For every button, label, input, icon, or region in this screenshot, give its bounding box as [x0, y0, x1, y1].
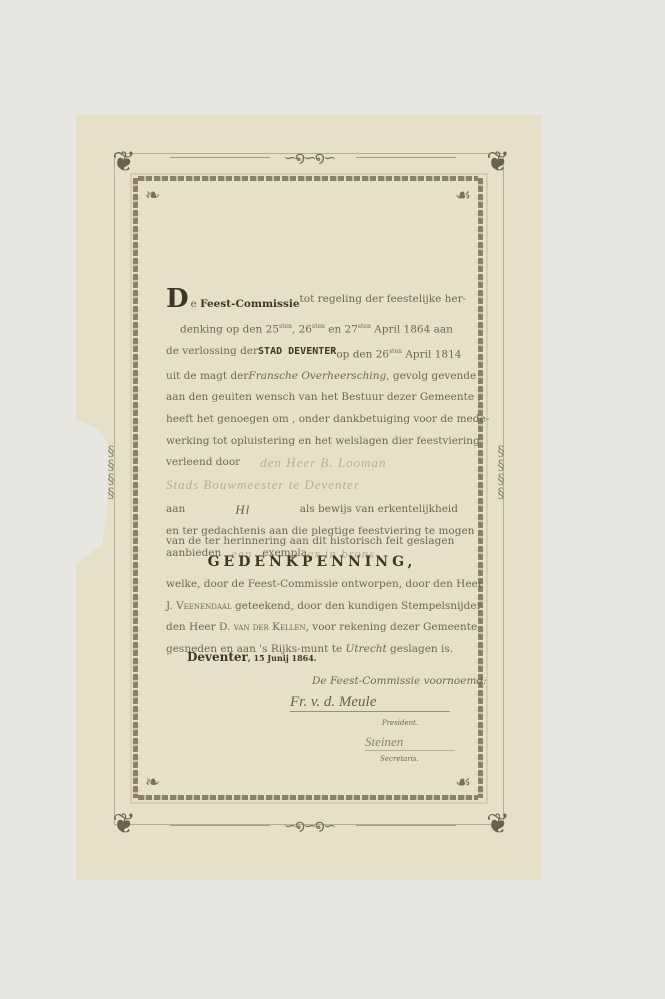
text-fragment: heeft het genoegen om , onder dankbetuig… — [166, 409, 489, 431]
handwritten-pronoun: Hl — [235, 499, 250, 521]
text-line: heeft het genoegen om , onder dankbetuig… — [166, 409, 458, 431]
gedenkpenning-title: GEDENKPENNING, — [166, 554, 458, 570]
dateline: Deventer, 15 Junij 1864. — [187, 650, 317, 664]
text-fragment: , gevolg gevende — [386, 366, 476, 388]
veenendaal-name: Veenendaal — [176, 600, 232, 612]
text-fragment: den Heer D. — [166, 621, 234, 633]
role-secretary: Secretaris. — [380, 755, 419, 763]
text-line: Stads Bouwmeester te Deventer — [166, 474, 458, 496]
vertical-scroll-icon: §§§§ — [104, 445, 118, 501]
superscript: sten — [279, 323, 292, 330]
text-line: den Heer D. van der Kellen, voor rekenin… — [166, 617, 458, 639]
paragraph-1: De Feest-Commissie tot regeling der fees… — [166, 289, 458, 564]
top-rule-left — [170, 157, 270, 158]
inner-corner-flourish-icon: ❧ — [145, 185, 160, 206]
text-line: aan Hl als bewijs van erkentelijkheid — [166, 499, 458, 521]
paragraph-2-body: welke, door de Feest-Commissie ontworpen… — [166, 574, 458, 660]
floral-corner-icon: ❦ — [104, 804, 144, 844]
text-line: welke, door de Feest-Commissie ontworpen… — [166, 574, 458, 596]
inner-corner-flourish-icon: ☙ — [455, 185, 471, 206]
chain-border-bottom — [138, 795, 478, 800]
superscript: sten — [358, 323, 371, 330]
chain-border-right — [478, 178, 483, 798]
text-fragment: de verlossing der — [166, 341, 258, 366]
dateline-place: Deventer — [187, 650, 248, 664]
signature-president: Fr. v. d. Meule — [290, 694, 450, 712]
text-fragment: als bewijs van erkentelijkheid — [300, 499, 458, 521]
text-fragment: denking op den 25 — [180, 323, 279, 335]
inner-corner-flourish-icon: ❧ — [145, 772, 160, 793]
text-line: verleend door den Heer B. Looman — [166, 452, 458, 474]
top-rule-right — [356, 157, 456, 158]
bottom-rule-right — [356, 825, 456, 826]
superscript: sten — [312, 323, 325, 330]
text-fragment: , 26 — [292, 323, 312, 335]
handwritten-recipient-title: Stads Bouwmeester te Deventer — [166, 474, 360, 496]
text-line: werking tot opluistering en het welslage… — [166, 431, 458, 453]
handwritten-recipient: den Heer B. Looman — [260, 452, 386, 474]
text-fragment: uit de magt der — [166, 366, 248, 388]
stad-deventer: STAD DEVENTER — [258, 341, 336, 366]
chain-border-top — [138, 176, 478, 181]
paragraph-2: van de ter herinnering aan dit historisc… — [166, 531, 458, 553]
text-fragment: van de ter herinnering aan dit historisc… — [166, 531, 454, 553]
scroll-flourish-icon: ∽໑∽໑∽ — [264, 817, 354, 835]
text-line: J. Veenendaal geteekend, door den kundig… — [166, 596, 458, 618]
dateline-date: , 15 Junij 1864. — [248, 653, 317, 663]
verleend-label: verleend door — [166, 452, 240, 474]
text-fragment: tot regeling der feestelijke her- — [300, 289, 467, 316]
text-fragment: en 27 — [325, 323, 358, 335]
aan-label: aan — [166, 499, 185, 521]
text-fragment: e — [191, 298, 197, 310]
text-line: de verlossing der STAD DEVENTER op den 2… — [166, 341, 458, 366]
text-fragment: werking tot opluistering en het welslage… — [166, 431, 480, 453]
van-der-kellen-name: van der Kellen — [234, 621, 306, 633]
text-fragment: , voor rekening dezer Gemeente — [306, 621, 478, 633]
text-fragment: aan den geuiten wensch van het Bestuur d… — [166, 387, 481, 409]
text-fragment: geteekend, door den kundigen Stempelsnij… — [232, 600, 482, 612]
text-fragment: op den 26 — [336, 348, 389, 360]
text-line: aan den geuiten wensch van het Bestuur d… — [166, 387, 458, 409]
text-fragment: J. — [166, 600, 176, 612]
committee-label: De Feest-Commissie voornoemd: — [312, 675, 487, 687]
floral-corner-icon: ❦ — [478, 804, 518, 844]
scroll-flourish-icon: ∽໑∽໑∽ — [264, 149, 354, 167]
text-fragment: April 1864 aan — [371, 323, 453, 335]
utrecht-city: Utrecht — [346, 643, 387, 655]
role-president: President. — [382, 719, 418, 727]
text-fragment: welke, door de Feest-Commissie ontworpen… — [166, 574, 483, 596]
vertical-scroll-icon: §§§§ — [494, 445, 508, 501]
feest-commissie-heading: Feest-Commissie — [200, 298, 299, 310]
text-line: van de ter herinnering aan dit historisc… — [166, 531, 458, 553]
superscript: sten — [389, 348, 402, 355]
chain-border-left — [133, 178, 138, 798]
bottom-rule-left — [170, 825, 270, 826]
text-line: De Feest-Commissie tot regeling der fees… — [166, 289, 458, 316]
inner-corner-flourish-icon: ☙ — [455, 772, 471, 793]
drop-cap: D — [166, 289, 189, 309]
text-line: uit de magt der Fransche Overheersching … — [166, 366, 458, 388]
signature-secretary: Steinen — [365, 734, 455, 751]
text-fragment: geslagen is. — [387, 643, 453, 655]
fransche-overheersching: Fransche Overheersching — [248, 366, 386, 388]
text-line: denking op den 25sten, 26sten en 27sten … — [166, 316, 458, 341]
text-fragment: April 1814 — [402, 348, 461, 360]
